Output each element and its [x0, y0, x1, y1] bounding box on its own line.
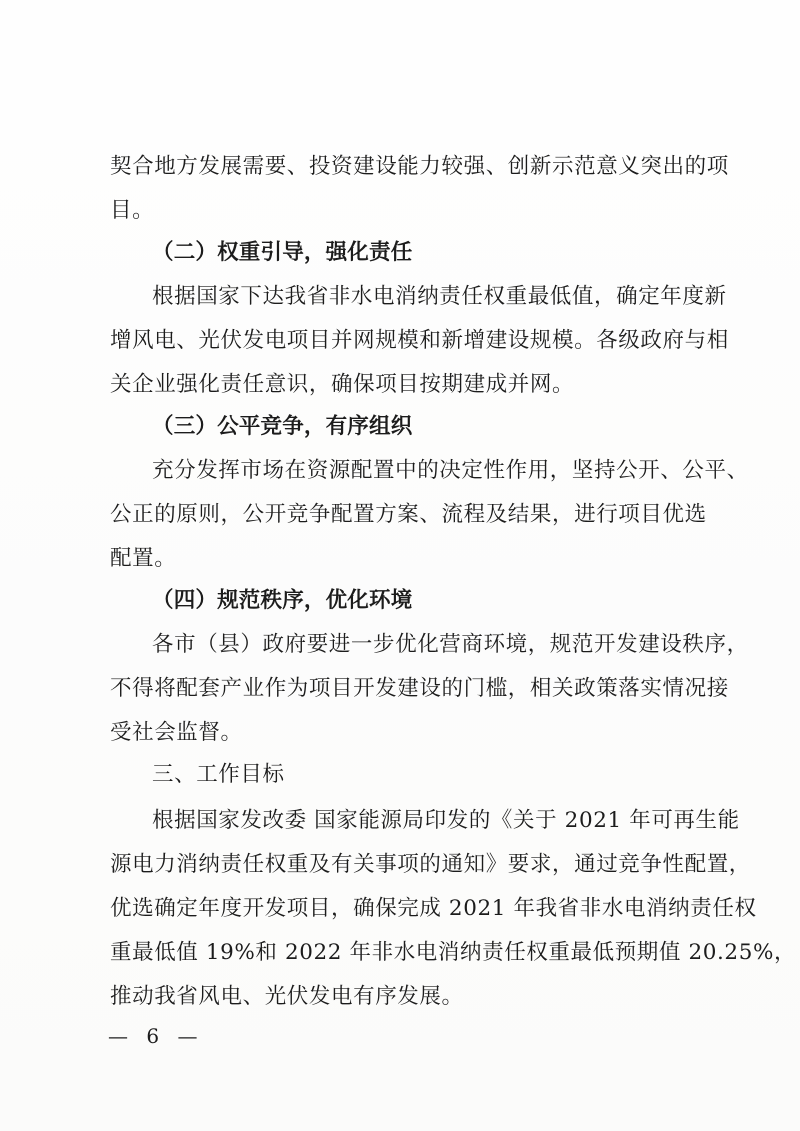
body-text-line: 不得将配套产业作为项目开发建设的门槛，相关政策落实情况接 [110, 674, 729, 704]
section-heading-2: （二）权重引导，强化责任 [152, 238, 412, 268]
body-text-line: 增风电、光伏发电项目并网规模和新增建设规模。各级政府与相 [110, 326, 729, 356]
body-text-line: 各市（县）政府要进一步优化营商环境，规范开发建设秩序， [152, 630, 749, 660]
body-text-line: 根据国家发改委 国家能源局印发的《关于 2021 年可再生能 [152, 806, 740, 836]
body-text-line: 优选确定年度开发项目，确保完成 2021 年我省非水电消纳责任权 [110, 894, 757, 924]
body-text-line: 契合地方发展需要、投资建设能力较强、创新示范意义突出的项 [110, 152, 729, 182]
body-text-line: 关企业强化责任意识，确保项目按期建成并网。 [110, 370, 574, 400]
section-heading-3: （三）公平竞争，有序组织 [152, 412, 412, 442]
chapter-heading: 三、工作目标 [152, 760, 285, 790]
body-text-line: 公正的原则，公开竞争配置方案、流程及结果，进行项目优选 [110, 500, 707, 530]
body-text-line: 根据国家下达我省非水电消纳责任权重最低值，确定年度新 [152, 282, 727, 312]
body-text-line: 配置。 [110, 544, 176, 574]
body-text-line: 重最低值 19%和 2022 年非水电消纳责任权重最低预期值 20.25%， [110, 938, 796, 968]
body-text-line: 目。 [110, 196, 154, 226]
section-heading-4: （四）规范秩序，优化环境 [152, 586, 412, 616]
body-text-line: 源电力消纳责任权重及有关事项的通知》要求，通过竞争性配置， [110, 850, 751, 880]
body-text-line: 推动我省风电、光伏发电有序发展。 [110, 982, 464, 1012]
body-text-line: 受社会监督。 [110, 718, 243, 748]
document-page: 契合地方发展需要、投资建设能力较强、创新示范意义突出的项 目。 （二）权重引导，… [0, 0, 800, 1131]
body-text-line: 充分发挥市场在资源配置中的决定性作用，坚持公开、公平、 [152, 456, 749, 486]
page-number: — 6 — [108, 1024, 203, 1048]
